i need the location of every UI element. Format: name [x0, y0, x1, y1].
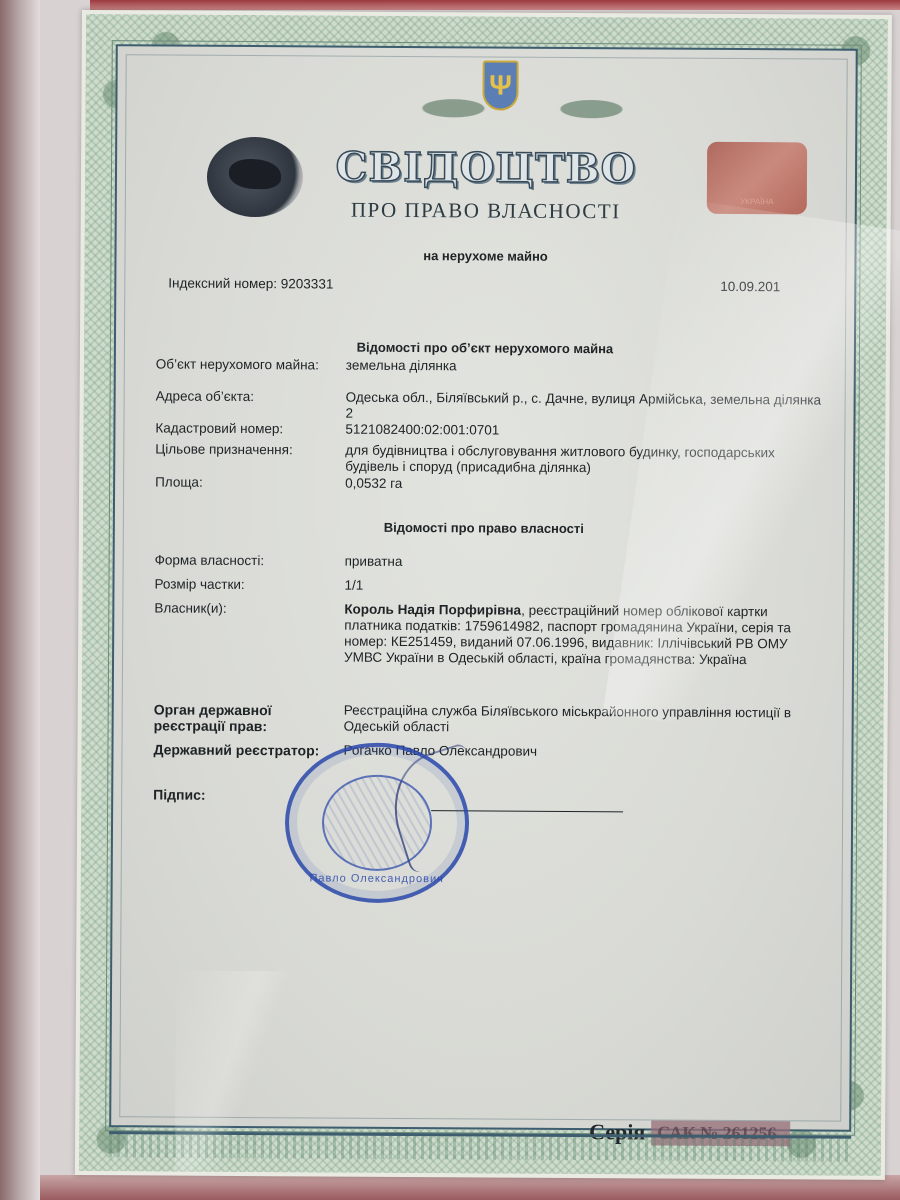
document-subject: на нерухоме майно [116, 246, 854, 266]
field-value: 5121082400:02:001:0701 [345, 422, 825, 441]
field-value: приватна [345, 554, 825, 573]
field-label: Адреса об’єкта: [156, 388, 336, 405]
ownership-row: Форма власності: приватна [155, 552, 835, 556]
property-row: Адреса об’єкта: Одеська обл., Біляївськи… [155, 388, 835, 424]
property-row: Кадастровий номер: 5121082400:02:001:070… [155, 420, 835, 442]
issue-date: 10.09.201 [720, 279, 780, 294]
authority-value: Реєстраційна служба Біляївського міськра… [344, 703, 824, 738]
laurel-wreath-icon [407, 54, 638, 145]
document-subtitle: ПРО ПРАВО ВЛАСНОСТІ [117, 196, 855, 226]
property-section-heading: Відомості про об’єкт нерухомого майна [116, 338, 854, 358]
registrar-label: Державний реєстратор: [153, 741, 333, 758]
index-label: Індексний номер: [168, 276, 277, 292]
registration-authority-row: Орган державної реєстрації прав: Реєстра… [154, 701, 834, 739]
stamp-center [322, 774, 433, 871]
field-label: Об’єкт нерухомого майна: [156, 356, 336, 373]
field-label: Площа: [155, 474, 335, 491]
property-row: Площа: 0,0532 га [155, 474, 835, 496]
official-stamp-icon: Павло Олександрович [285, 742, 470, 903]
folder-edge-top [90, 0, 900, 10]
document-title: СВІДОЦТВО [117, 142, 855, 194]
certificate-sheet: Ψ УКРАЇНА СВІДОЦТВО ПРО ПРАВО ВЛАСНОСТІ … [75, 10, 892, 1180]
ownership-row: Розмір частки: 1/1 [155, 576, 835, 580]
stamp-text: Павло Олександрович [289, 872, 465, 885]
ownership-section-heading: Відомості про право власності [115, 518, 853, 538]
owner-name: Король Надія Порфирівна [344, 602, 521, 618]
field-label: Цільове призначення: [155, 441, 335, 458]
field-label: Розмір частки: [154, 576, 334, 593]
index-number: Індексний номер: 9203331 [168, 276, 333, 292]
field-label: Форма власності: [155, 552, 335, 569]
field-value: 0,0532 га [345, 476, 825, 495]
index-value: 9203331 [281, 276, 334, 291]
field-value: 1/1 [344, 578, 824, 597]
owner-row: Власник(и): Король Надія Порфирівна, реє… [154, 600, 834, 684]
field-value: земельна ділянка [346, 358, 826, 377]
authority-label: Орган державної реєстрації прав: [154, 701, 334, 734]
field-label: Кадастровий номер: [155, 420, 335, 437]
certificate-body: Ψ УКРАЇНА СВІДОЦТВО ПРО ПРАВО ВЛАСНОСТІ … [109, 44, 858, 1132]
property-row: Цільове призначення: для будівництва і о… [155, 441, 835, 477]
field-value: для будівництва і обслуговування житлово… [345, 443, 825, 478]
coat-of-arms-icon: Ψ [482, 60, 518, 110]
owner-label: Власник(и): [154, 600, 334, 617]
signature-row: Підпис: [153, 786, 833, 790]
field-value: Одеська обл., Біляївський р., с. Дачне, … [345, 390, 825, 425]
bottom-ornament-band [109, 1131, 851, 1162]
owner-value: Король Надія Порфирівна, реєстраційний н… [344, 602, 824, 669]
property-row: Об’єкт нерухомого майна: земельна ділянк… [156, 356, 836, 392]
registrar-row: Державний реєстратор: Рогачко Павло Олек… [153, 741, 833, 779]
